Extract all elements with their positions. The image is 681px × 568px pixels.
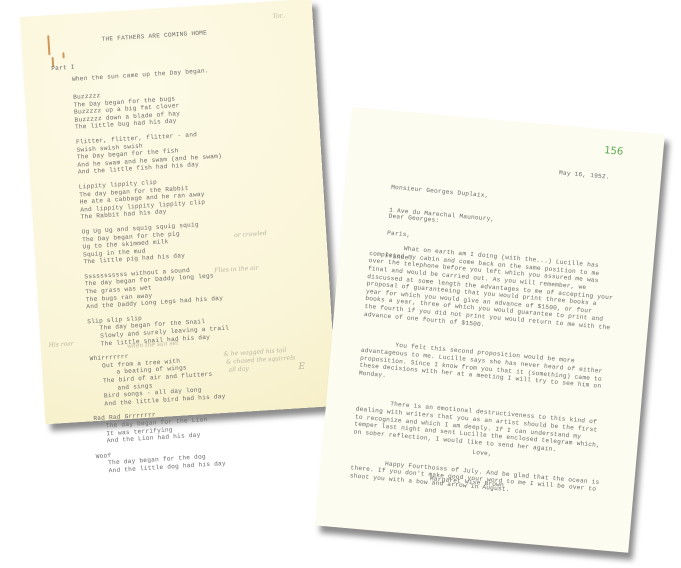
letter-date: May 16, 1952.: [559, 169, 610, 181]
letter-body: What on earth am I doing (with the...) L…: [348, 227, 621, 522]
part-heading: Part I: [51, 64, 75, 73]
poem-stanza: Sssssssssss without a soundThe day began…: [84, 264, 231, 311]
handwritten-mark: E: [298, 362, 305, 372]
manuscript-page: Tor.. THE FATHERS ARE COMING HOME Part I…: [20, 0, 337, 424]
handwritten-note: His roar: [48, 340, 73, 349]
handwritten-note: all day: [228, 365, 249, 373]
poem-stanza: WhirrrrrrrOut from a tree witha beating …: [89, 346, 237, 408]
page-number: 156: [604, 145, 624, 158]
poem-stanza: BuzzzzzThe Day began for the bugsBuzzzzz…: [73, 85, 220, 132]
letter-paragraph: You felt this second proposition would b…: [359, 339, 611, 399]
rust-stain: [47, 35, 50, 55]
address-line: Monsieur Georges Duplaix,: [391, 184, 497, 201]
poem-stanza: WoofThe day began for the dogAnd the lit…: [96, 444, 242, 476]
handwritten-note: or crawled: [234, 230, 267, 239]
intro-line: When the sun came up the Day began.: [72, 67, 209, 83]
poem-stanza: Lippity lippity clipThe day began for th…: [79, 174, 226, 221]
poem-stanza: Rad Rad GrrrrrrrThe day began for the Li…: [93, 406, 239, 445]
rust-stain: [62, 52, 64, 58]
letter-page: 156 May 16, 1952. Monsieur Georges Dupla…: [315, 107, 664, 553]
handwritten-note: Flies in the air: [214, 265, 259, 275]
manuscript-title: THE FATHERS ARE COMING HOME: [101, 29, 207, 43]
poem-stanza: Flitter, flitter, flitter - andSwish swi…: [76, 130, 223, 177]
letter-paragraph: What on earth am I doing (with the...) L…: [364, 242, 620, 339]
pencil-corner-note: Tor..: [272, 12, 286, 20]
poem-body: BuzzzzzThe Day began for the bugsBuzzzzz…: [73, 85, 242, 483]
poem-stanza: Ug Ug Ug and squig squig squigThe Day be…: [81, 219, 228, 266]
closing: Love,: [472, 449, 492, 458]
